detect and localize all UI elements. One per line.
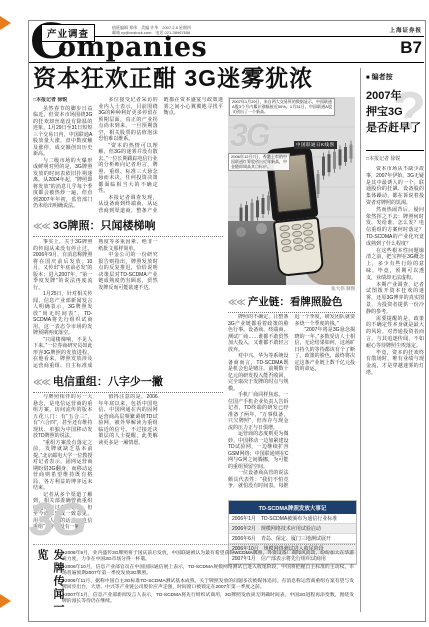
section-heading-text: 3G牌照：只闻楼梯响 <box>53 220 156 232</box>
article-paragraph: 运营商的态度则更为微妙。中国移动一边加紧建设TD试验网，一边继续扩容GSM网络；… <box>228 431 289 470</box>
table-row: 2006年2月 规模网络技术应用试验启动 <box>229 524 356 534</box>
header-meta: 值班编辑 郑伟 美编 许华 2007.2.8 星期四 邮箱 cy@cnstock… <box>112 25 272 35</box>
sidebar-title-line: 是否赶早了 <box>366 120 424 136</box>
editor-note-marker-icon: ■ <box>366 75 370 81</box>
article-paragraph: “重组方案没有落定之前，发牌就缺乏基本前提。”北京邮电大学一位教授对记者表示，固… <box>33 440 92 492</box>
phone-key <box>280 232 291 239</box>
photo-credit: 张大伟 制图 <box>228 286 355 292</box>
article-paragraph: 牌照的不确定，让整条3G产业链都看着政策的脸色行事。设备商、终端商、测试厂商……… <box>228 314 289 353</box>
page-corner-mark-icon <box>0 594 11 608</box>
article-paragraph: 对中兴、华为等系统设备商而言，TD-SCDMA既是机会也是赌注。前期数十亿元的研… <box>228 353 289 392</box>
sidebar-title-line: 押宝3G <box>366 104 424 120</box>
article-paragraph: 中金公司的一份研究报告则指出，牌照发放时点的反复推迟，恰恰说明决策层对TD-SC… <box>98 252 157 291</box>
article-lead-block: □本报记者 徐锐 虽然春节的脚步日益临近，但资本市场围绕3G的狂欢却丝毫没有降温… <box>33 97 223 215</box>
crowd-figure <box>236 227 246 237</box>
article-paragraph: 1月25日，针对相关传闻，信息产业部新闻发言人明确表示，3G牌照发放“尚无时间表… <box>33 291 92 337</box>
photo-montage: 3G 2007年1月29日，来自两大交易所的数据显示，中国联通A股3个月内累计涨… <box>228 97 355 285</box>
rumor-bullet: ●2006年11月，据称中国自主3G标准TD-SCDMA测试基本成熟，关于牌照发… <box>62 579 354 591</box>
industry-paragraphs: 牌照的不确定，让整条3G产业链都看着政策的脸色行事。设备商、终端商、测试厂商……… <box>228 314 355 496</box>
crowd-figure <box>256 223 267 234</box>
sidebar-paragraph: 需要提醒的是，政策的不确定性本身就是最大的风险。对普通投资者而言，与其追逐传闻，… <box>366 316 424 350</box>
page-corner-mark-icon <box>0 16 11 30</box>
table-row: 2006年1月 TD-SCDMA被颁布为通信行业标准 <box>229 514 356 524</box>
section-label: 产业调查 <box>41 24 95 42</box>
sidebar-divider <box>360 68 361 612</box>
article-paragraph: “资本的热情可以理解，但3G的迷雾并没有散去。”一位长期跟踪电信行业的分析师向记… <box>98 143 157 195</box>
rumor-bullet: ●2006年10月，信息产业部官员在中国国际通信展上表示，TD-SCDMA规模网… <box>62 565 354 577</box>
photo-annotation-1: 2007年1月29日，来自两大交易所的数据显示，中国联通A股3个月内累计涨幅接近… <box>229 98 335 116</box>
photo-3g-watermark: 3G <box>230 117 269 154</box>
newspaper-page: C ompanies 产业调查 值班编辑 郑伟 美编 许华 2007.2.8 星… <box>0 0 429 627</box>
paper-name: 上海证券报 <box>389 26 422 34</box>
sidebar-byline: □本报记者 徐锐 <box>366 155 424 162</box>
table-row: 2006年6月 青岛、保定、厦门三地测试展开 <box>229 534 356 544</box>
phone-key <box>281 239 292 246</box>
sidebar-paragraph: 在这些根本性问题廓清之前，把宝押在3G概念上，多少有些行险的意味。毕竟，预期可以… <box>366 248 424 282</box>
article-paragraph: “2007年将是3G悬念揭晓的一年。”多数受访人士相信，无论结果如何，这场旷日持… <box>295 327 356 373</box>
sidebar-title-line: 2007年 <box>366 88 424 104</box>
editor-note-label: 编者按 <box>372 74 393 81</box>
article-paragraph: 多位接受记者采访的业内人士表示，目前围绕3G的种种利好更多停留在预期层面，真正的… <box>98 97 157 143</box>
phone-key <box>293 244 304 251</box>
section-heading-telecom-restructuring: ≪≪电信重组：八字少一撇 <box>33 373 223 393</box>
rumor-bullet-list: ●2006年9月，业内盛传3G牌照将于国庆前后发放，中国联通被认为最有希望获得W… <box>62 551 354 607</box>
article-paragraph: 手机厂商同样焦虑。一位国产手机企业负责人告诉记者，TD终端的研发已经准备了两年，… <box>228 392 289 431</box>
photo-annotation-2: 2006年12月7日，香港上市的中国联通红筹股创出近年新高，中金随即调高其目标价… <box>228 153 290 171</box>
section1-paragraphs: 事实上，关于3G牌照的传闻从来没有停止过。2006年9月，有消息称牌照将在国庆前… <box>33 239 158 371</box>
industry-section-block: 牌照的不确定，让整条3G产业链都看着政策的脸色行事。设备商、终端商、测试厂商……… <box>228 314 355 496</box>
phone-key <box>292 237 303 244</box>
article-paragraph: 事实上，关于3G牌照的传闻从来没有停止过。2006年9月，有消息称牌照将在国庆前… <box>33 239 92 291</box>
page-number: B7 <box>400 38 422 58</box>
phone-key <box>304 236 315 243</box>
section-heading-text: 产业链：看牌照脸色 <box>248 296 343 308</box>
section-heading-3g-license: ≪≪3G牌照：只闻楼梯响 <box>33 217 223 237</box>
header-meta-line2: 邮箱 cy@cnstock.com 电话 021-38967656 <box>112 30 272 35</box>
phone-key <box>281 246 292 253</box>
article-lead-paragraphs: 虽然春节的脚步日益临近，但资本市场围绕3G的狂欢却丝毫没有降温的迹象。1月29日… <box>33 97 223 215</box>
article-section1-block: 事实上，关于3G牌照的传闻从来没有停止过。2006年9月，有消息称牌照将在国庆前… <box>33 239 223 371</box>
bottom-separator <box>33 544 355 545</box>
sidebar-rule <box>366 150 424 151</box>
sidebar-text: 资本市场从不缺少故事，2007年伊始，3G无疑是其中最诱人的一个。联通股价的狂飙… <box>366 166 424 538</box>
phone-keypad <box>273 217 325 278</box>
sidebar-paragraph: 然而热闹背后，疑问依然挥之不去：牌照何时发、发给谁、怎么发？电信重组的方案何时落… <box>366 207 424 248</box>
sidebar-paragraph: 本期产业调查，记者试图拨开资本狂欢的迷雾，还原3G博弈的真实图景，为投资者提供一… <box>366 282 424 316</box>
phone-key <box>303 229 314 236</box>
phone-key <box>291 230 302 237</box>
table-header: TD-SCDMA牌照发放大事记 <box>229 501 356 514</box>
editor-note-sidebar: ■编者按 ? 2007年押宝3G是否赶早了 □本报记者 徐锐 资本市场从不缺少故… <box>366 72 424 538</box>
section-arrows-icon: ≪≪ <box>33 377 50 387</box>
bottom-3g-watermark: 3G <box>29 492 84 546</box>
phone-key <box>304 243 315 250</box>
phone-key <box>279 225 290 232</box>
sidebar-title: 2007年押宝3G是否赶早了 <box>366 88 424 136</box>
article-paragraph: 虽然春节的脚步日益临近，但资本市场围绕3G的狂欢却丝毫没有降温的迹象。1月29日… <box>33 106 92 158</box>
phone-key <box>302 222 313 229</box>
rumor-bullet: ●2006年9月，业内盛传3G牌照将于国庆前后发放，中国联通被认为最有希望获得W… <box>62 551 354 563</box>
article-paragraph: 与牌照相伴的另一大悬念，是电信运营商的重组方案。坊间流传的版本五花八门：有“五合… <box>33 394 92 440</box>
sidebar-paragraph: 资本市场从不缺少故事，2007年伊始，3G无疑是其中最诱人的一个。联通股价的狂飙… <box>366 166 424 207</box>
sidebar-paragraph: 毕竟，资本的狂欢终有散场时，唯有业绩与现金流，才是穿越迷雾的灯塔。 <box>366 350 424 377</box>
article-byline: □本报记者 徐锐 <box>33 97 92 104</box>
section-heading-industry-chain: ≪≪产业链：看牌照脸色 <box>228 294 355 313</box>
section-heading-text: 电信重组：八字少一撇 <box>53 376 163 388</box>
main-headline: 资本狂欢正酣 3G迷雾犹浓 <box>33 65 373 91</box>
article-paragraph: 值得注意的是，2006年年底以来，包括中国电信、中国网通在内的固网运营商高层频繁… <box>98 394 157 446</box>
section-arrows-icon: ≪≪ <box>228 297 245 307</box>
kline-chart-label: 中国联通日K线图 <box>294 141 337 149</box>
phone-key <box>291 223 302 230</box>
article-paragraph: 与二级市场的火爆形成鲜明对照的是，3G牌照发放的时间表依旧扑朔迷离。从2004年… <box>33 158 92 210</box>
rumor-bullet: ●2007年1月，信息产业部新闻发言人表示，TD-SCDMA将先行组织试商用，3… <box>62 593 354 605</box>
sidebar-title-wrap: ? 2007年押宝3G是否赶早了 <box>366 88 424 144</box>
section-arrows-icon: ≪≪ <box>33 221 50 231</box>
